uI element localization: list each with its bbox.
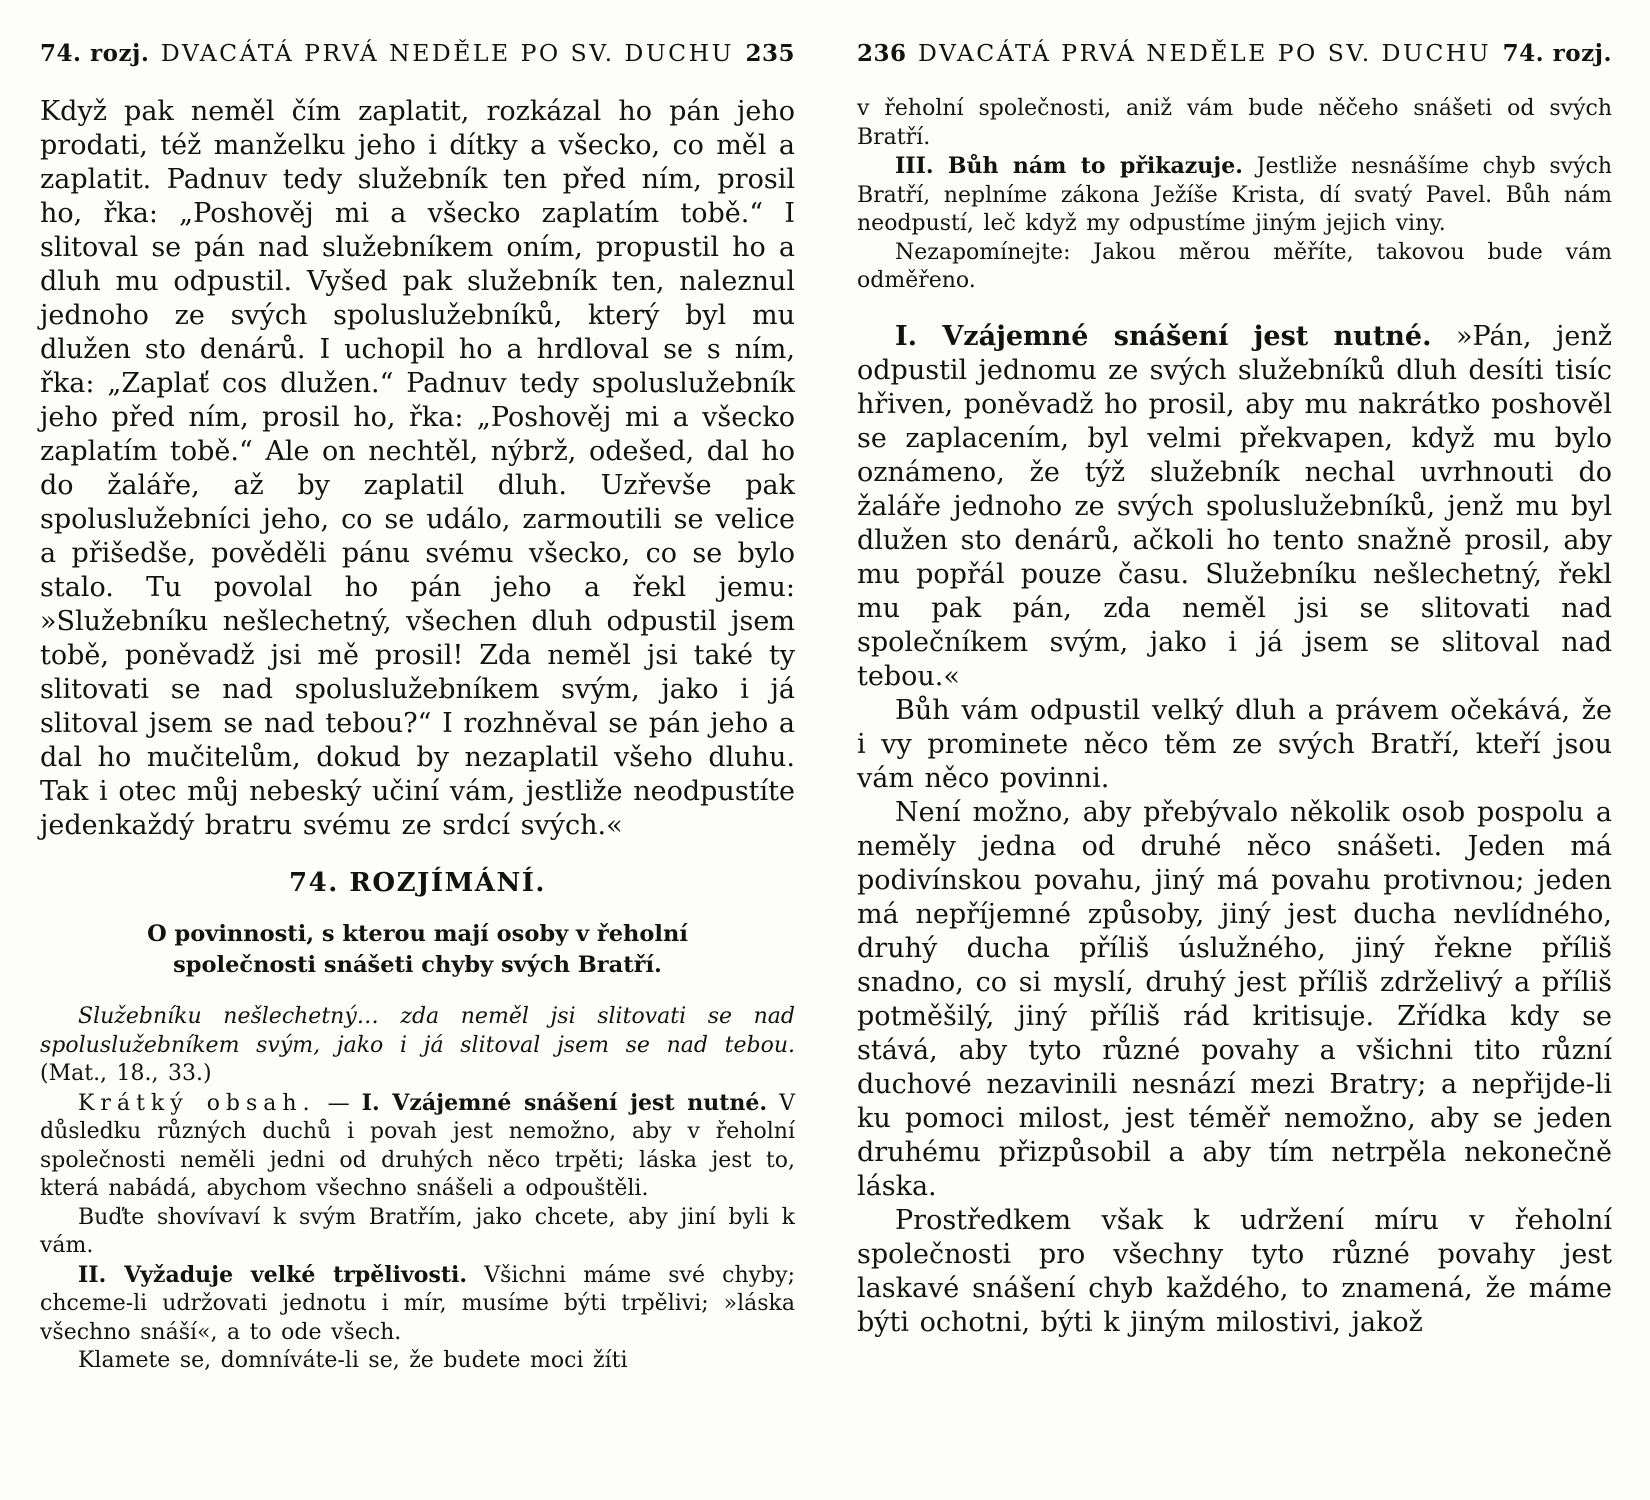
meditation-number-heading: 74. ROZJÍMÁNÍ. [40, 867, 795, 899]
left-page: 74. rozj. DVACÁTÁ PRVÁ NEDĚLE PO SV. DUC… [40, 38, 795, 1500]
summary-point1-title: I. Vzájemné snášení jest nutné. [362, 1090, 767, 1116]
summary-paragraph-6: Nezapomínejte: Jakou měrou měříte, takov… [857, 239, 1612, 296]
left-page-header: 74. rozj. DVACÁTÁ PRVÁ NEDĚLE PO SV. DUC… [40, 38, 795, 69]
epigraph-quote: Služebníku nešlechetný… zda neměl jsi sl… [40, 1004, 795, 1058]
section1-lead-text: »Pán, jenž odpustil jednomu ze svých slu… [857, 321, 1612, 692]
summary-paragraph-3: II. Vyžaduje velké trpělivosti. Všichni … [40, 1261, 795, 1348]
book-spread: 74. rozj. DVACÁTÁ PRVÁ NEDĚLE PO SV. DUC… [0, 0, 1650, 1500]
section1-paragraph-2: Bůh vám odpustil velký dluh a právem oče… [857, 694, 1612, 796]
right-page: 236 DVACÁTÁ PRVÁ NEDĚLE PO SV. DUCHU 74.… [857, 38, 1612, 1500]
running-title-left: DVACÁTÁ PRVÁ NEDĚLE PO SV. DUCHU [149, 38, 745, 68]
meditation-ref-right: 74. rozj. [1503, 39, 1612, 69]
summary-paragraph-4-start: Klamete se, domníváte-li se, že budete m… [40, 1347, 795, 1376]
summary-point2-title: II. Vyžaduje velké trpělivosti. [78, 1262, 467, 1288]
section1-paragraph-3: Není možno, aby přebývalo několik osob p… [857, 796, 1612, 1204]
summary-paragraph-2: Buďte shovívaví k svým Bratřím, jako chc… [40, 1204, 795, 1261]
summary-paragraph-5: III. Bůh nám to přikazuje. Jestliže nesn… [857, 152, 1612, 239]
summary-label: Krátký obsah. [78, 1091, 316, 1116]
summary-point3-title: III. Bůh nám to přikazuje. [895, 153, 1243, 179]
summary-paragraph-1: Krátký obsah. — I. Vzájemné snášení jest… [40, 1089, 795, 1204]
scripture-epigraph: Služebníku nešlechetný… zda neměl jsi sl… [40, 1003, 795, 1089]
summary-separator: — [328, 1091, 350, 1116]
page-number-right: 236 [857, 39, 907, 69]
epigraph-reference: (Mat., 18., 33.) [40, 1061, 212, 1086]
page-number-left: 235 [745, 39, 795, 69]
section1-title: I. Vzájemné snášení jest nutné. [895, 321, 1432, 352]
gospel-text: Když pak neměl čím zaplatit, rozkázal ho… [40, 95, 795, 843]
meditation-ref-left: 74. rozj. [40, 39, 149, 69]
right-page-header: 236 DVACÁTÁ PRVÁ NEDĚLE PO SV. DUCHU 74.… [857, 38, 1612, 69]
section1-lead-paragraph: I. Vzájemné snášení jest nutné. »Pán, je… [857, 320, 1612, 694]
section1-paragraph-4-start: Prostředkem však k udržení míru v řeholn… [857, 1204, 1612, 1340]
summary-paragraph-4-end: v řeholní společnosti, aniž vám bude něč… [857, 95, 1612, 152]
running-title-right: DVACÁTÁ PRVÁ NEDĚLE PO SV. DUCHU [907, 38, 1503, 68]
meditation-title: O povinnosti, s kterou mají osoby v řeho… [73, 919, 763, 981]
